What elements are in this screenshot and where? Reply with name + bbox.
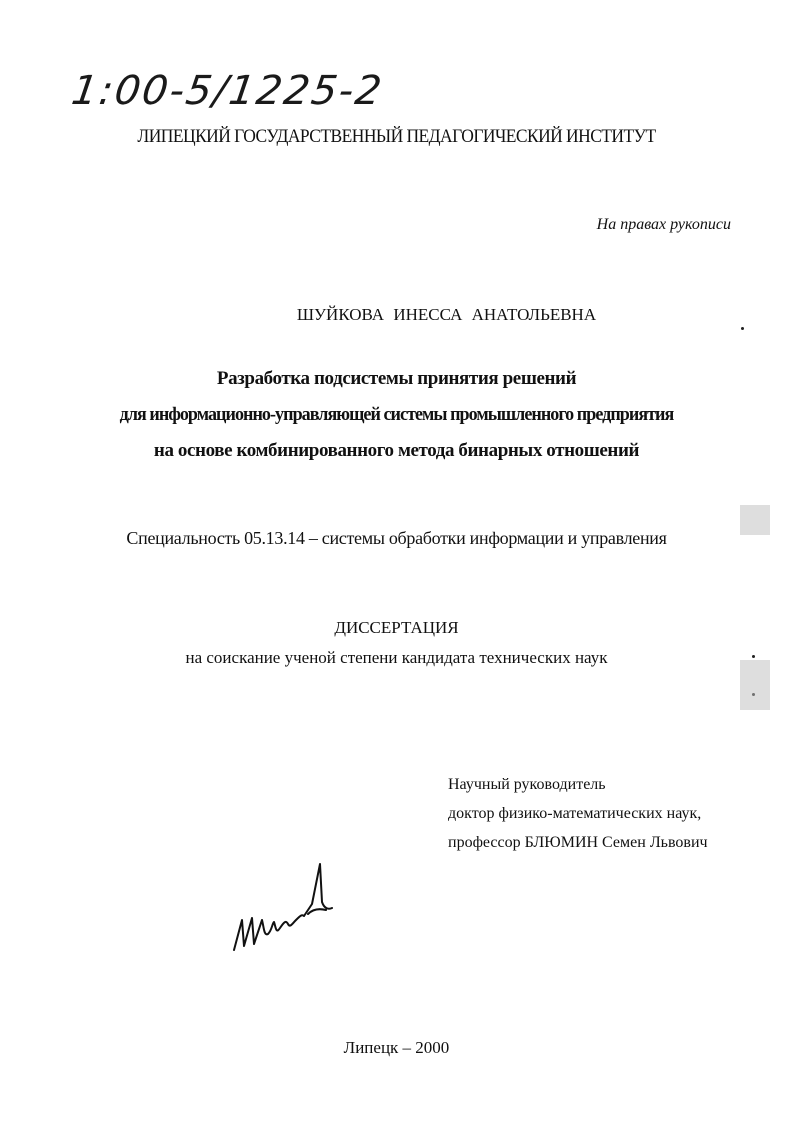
specialty: Специальность 05.13.14 – системы обработ… bbox=[0, 528, 793, 549]
manuscript-note: На правах рукописи bbox=[597, 216, 731, 234]
handwritten-archive-code: 1:00-5/1225-2 bbox=[69, 68, 386, 114]
supervisor-name: профессор БЛЮМИН Семен Львович bbox=[448, 828, 708, 857]
scan-speck bbox=[752, 655, 755, 658]
scan-speck bbox=[741, 327, 744, 330]
title-line-3: на основе комбинированного метода бинарн… bbox=[0, 440, 793, 462]
signature-icon bbox=[228, 858, 338, 958]
document-type: ДИССЕРТАЦИЯ bbox=[0, 618, 793, 638]
title-line-2: для информационно-управляющей системы пр… bbox=[20, 404, 773, 426]
institute-name: ЛИПЕЦКИЙ ГОСУДАРСТВЕННЫЙ ПЕДАГОГИЧЕСКИЙ … bbox=[32, 126, 762, 148]
supervisor-degree: доктор физико-математических наук, bbox=[448, 799, 708, 828]
supervisor-label: Научный руководитель bbox=[448, 770, 708, 799]
title-line-1: Разработка подсистемы принятия решений bbox=[0, 368, 793, 390]
supervisor-block: Научный руководитель доктор физико-матем… bbox=[448, 770, 708, 857]
scan-noise bbox=[740, 505, 770, 535]
author-name: ШУЙКОВА ИНЕССА АНАТОЛЬЕВНА bbox=[50, 305, 793, 325]
degree-sought: на соискание ученой степени кандидата те… bbox=[0, 648, 793, 668]
place-and-year: Липецк – 2000 bbox=[0, 1038, 793, 1058]
scan-noise bbox=[740, 660, 770, 710]
